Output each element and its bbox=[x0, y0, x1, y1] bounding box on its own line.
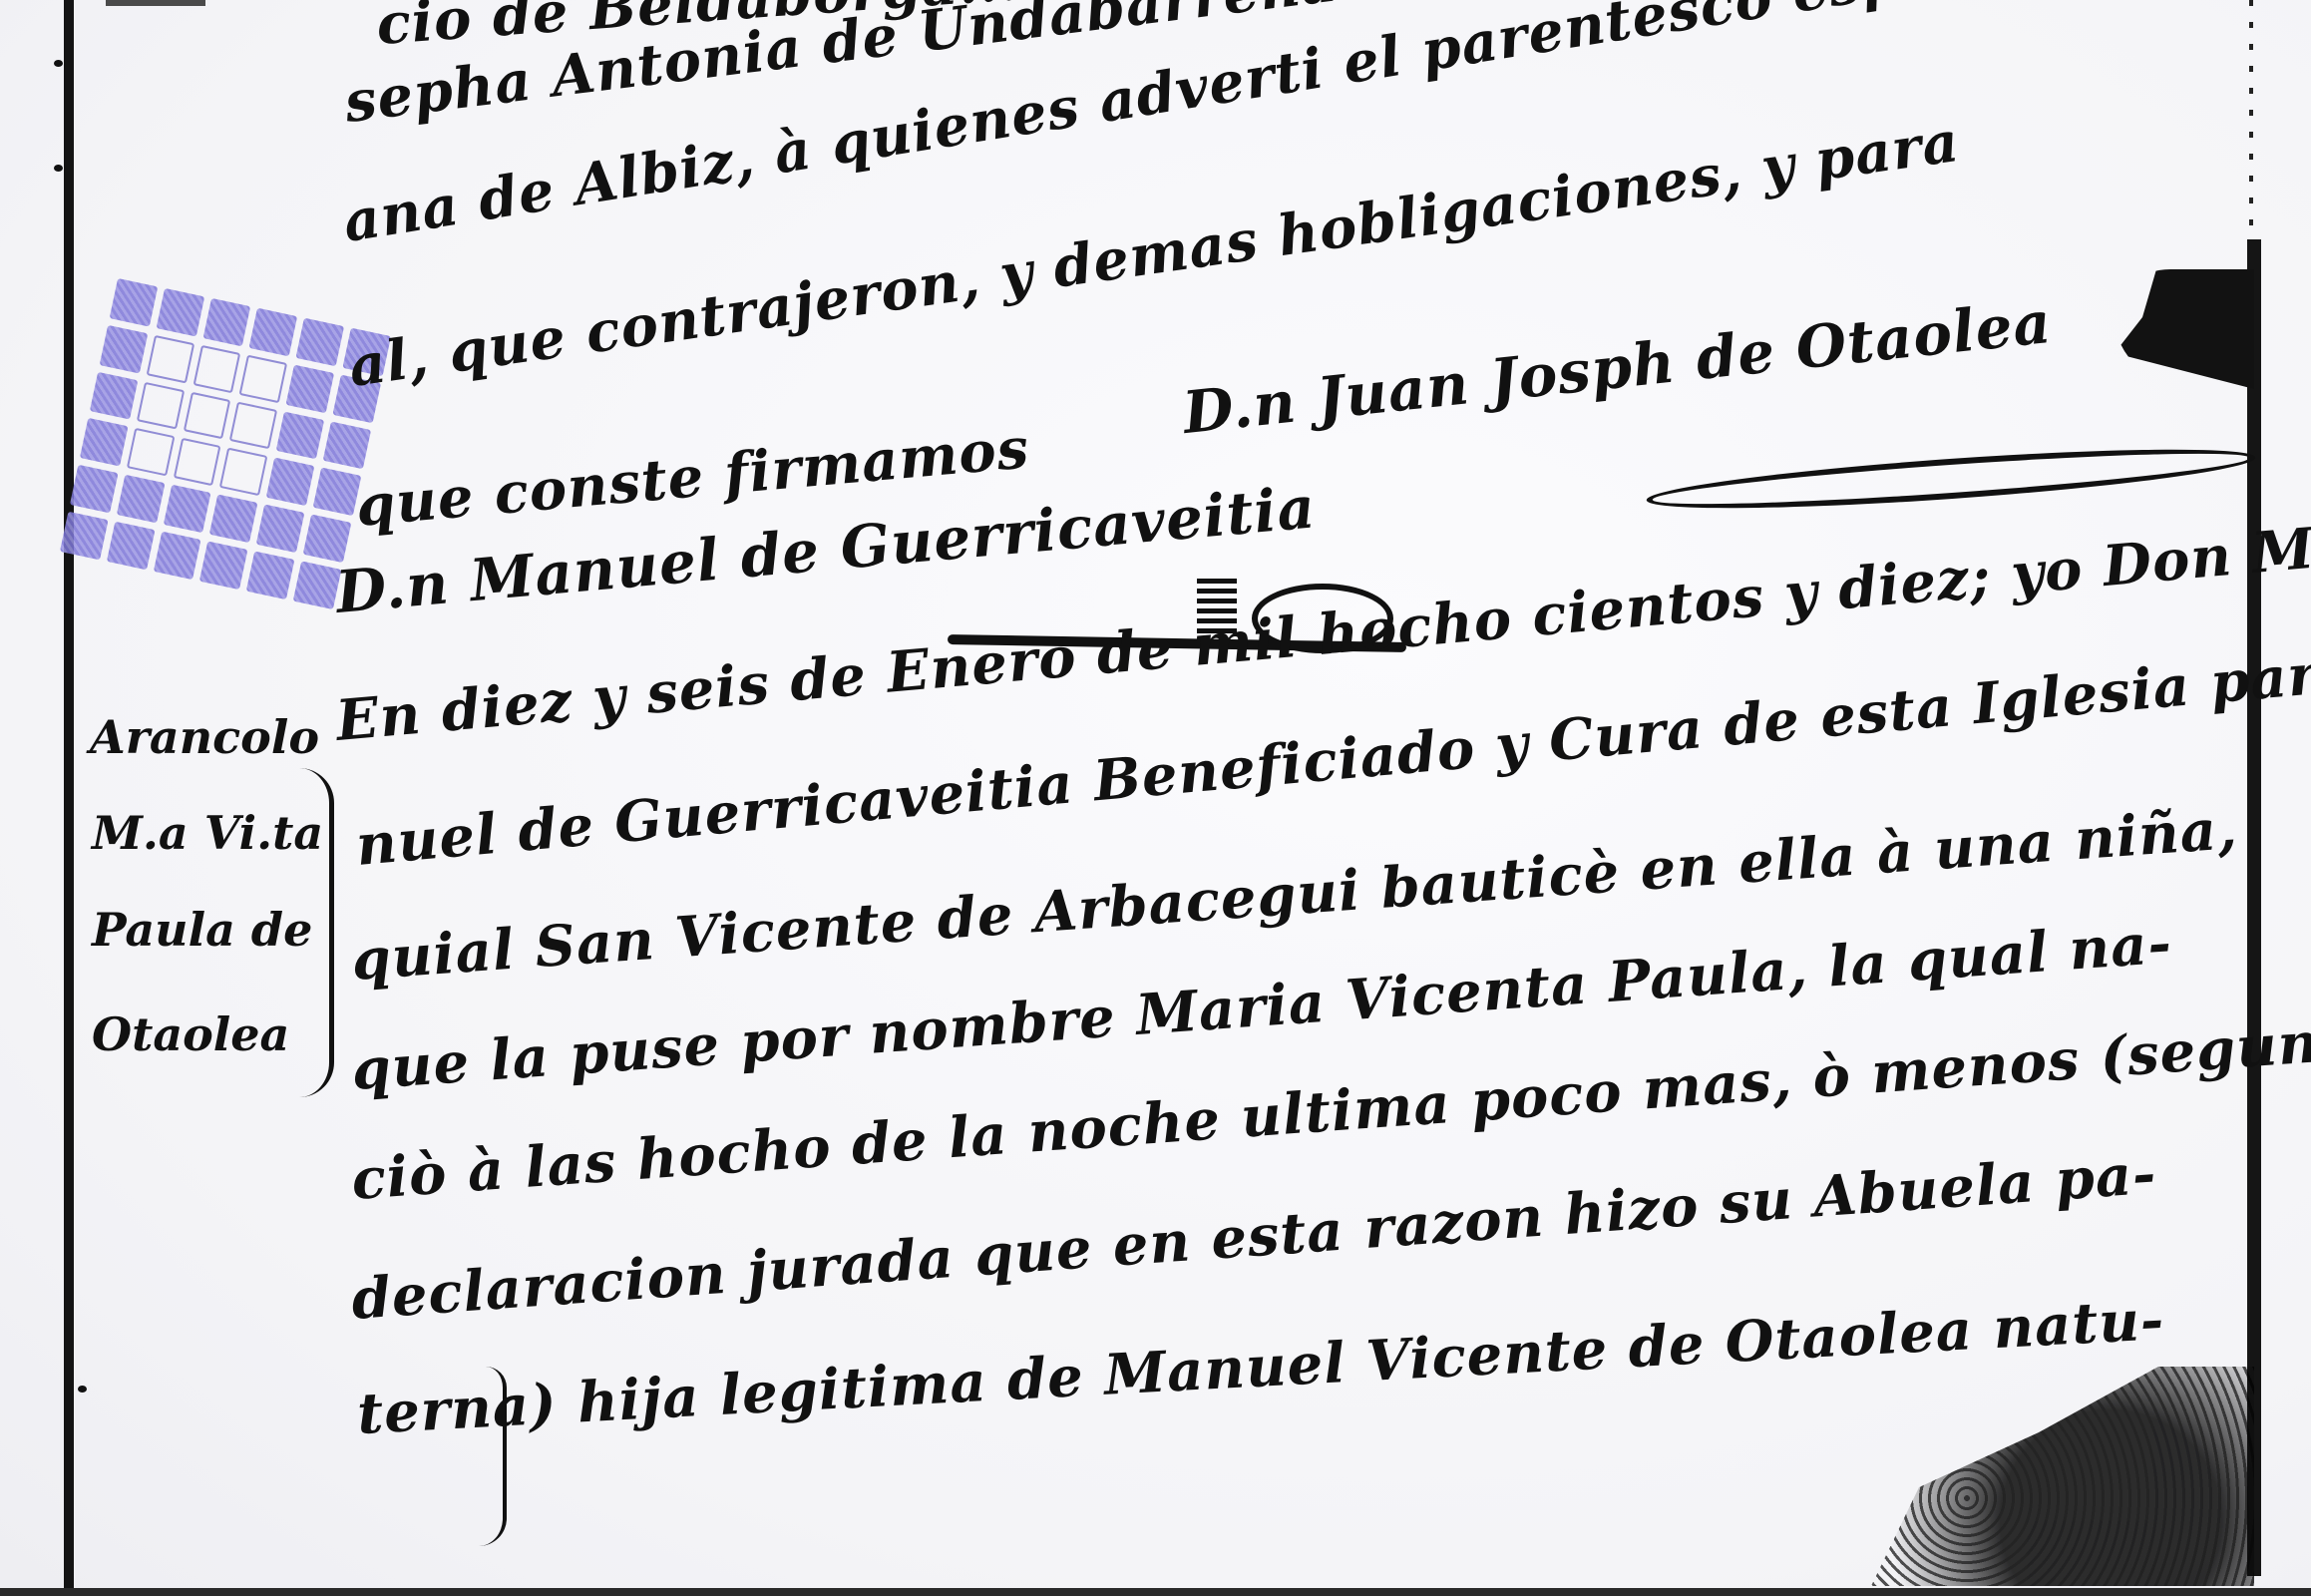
margin-note-line-3: Paula de bbox=[92, 903, 312, 957]
left-margin-line bbox=[64, 0, 74, 1591]
scan-tab-mark bbox=[106, 0, 205, 6]
right-edge-dashes bbox=[2249, 0, 2253, 239]
margin-brace bbox=[299, 768, 334, 1097]
parenthesis-mark bbox=[479, 1367, 507, 1546]
margin-note-line-1: Arancolo bbox=[90, 710, 319, 764]
ink-smudge bbox=[1775, 1367, 2254, 1586]
margin-mark bbox=[54, 60, 63, 67]
margin-mark bbox=[54, 165, 63, 172]
signature-flourish bbox=[1645, 438, 2256, 521]
scan-bottom-edge bbox=[0, 1588, 2311, 1596]
document-page: cio de Beldaborga... sepha Antonia de Un… bbox=[0, 0, 2311, 1588]
signature-juan-otaolea: D.n Juan Josph de Otaolea bbox=[1180, 288, 2055, 447]
signature-ink-blot bbox=[2115, 269, 2254, 389]
margin-note-line-2: M.a Vi.ta bbox=[92, 806, 323, 860]
margin-note-line-4: Otaolea bbox=[92, 1007, 289, 1061]
ink-dot bbox=[78, 1386, 87, 1393]
